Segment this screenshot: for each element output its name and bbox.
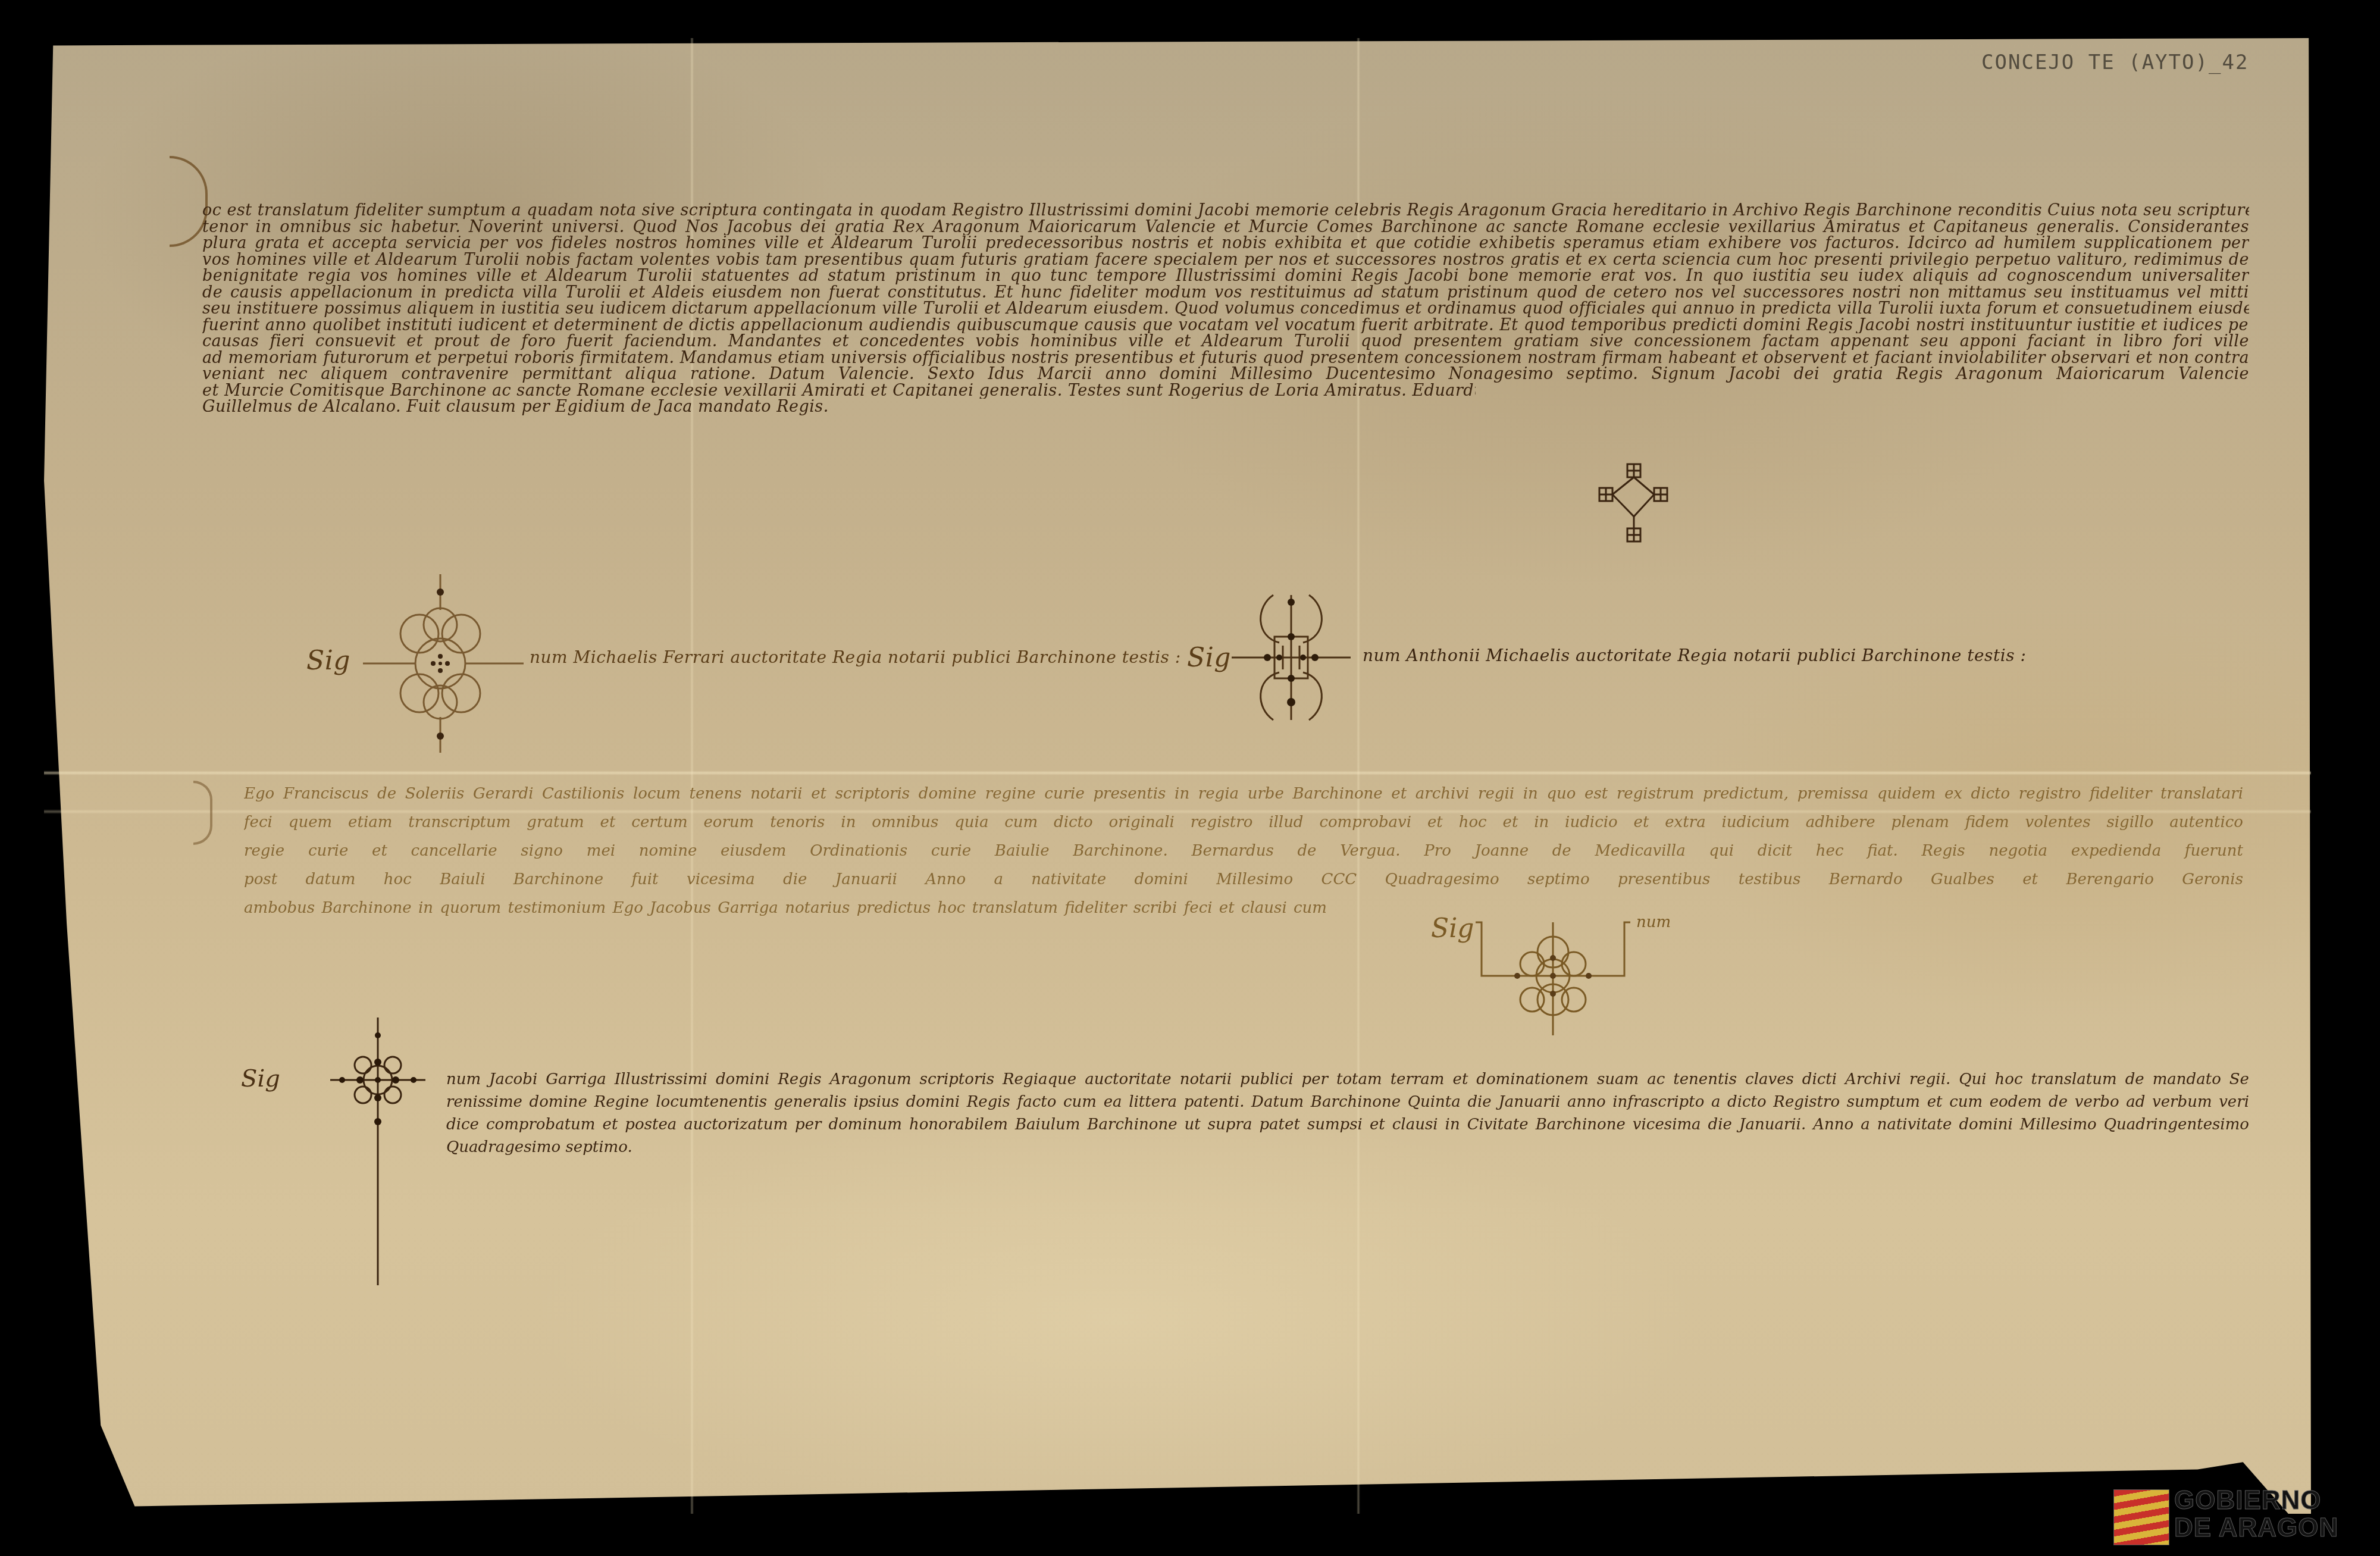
decorated-initial-ego	[193, 781, 212, 845]
text-line: post datum hoc Baiuli Barchinone fuit vi…	[244, 865, 2243, 894]
text-line: vos homines ville et Aldearum Turolii no…	[202, 252, 2249, 268]
notary-2-signum-prefix: Sig	[1431, 913, 1474, 944]
notary-subscription-1: Sig	[306, 646, 350, 676]
notary-signum-2-icon	[1232, 571, 1351, 744]
notary-certification-text-2: Ego Franciscus de Soleriis Gerardi Casti…	[244, 779, 2243, 922]
notary-signum-1-icon	[351, 568, 530, 759]
text-line: regie curie et cancellarie signo mei nom…	[244, 837, 2243, 865]
text-line: seu instituere possimus aliquem in iusti…	[202, 300, 2249, 317]
notary-subscription-2: Sig	[1187, 643, 1231, 673]
logo-line-2: DE ARAGON	[2174, 1514, 2338, 1542]
royal-signum-icon	[1595, 463, 1672, 546]
aragon-flag-icon	[2113, 1489, 2169, 1545]
text-line: Quadragesimo septimo.	[446, 1136, 2249, 1159]
text-line: tenor in omnibus sic habetur. Noverint u…	[202, 219, 2249, 236]
text-line: num Jacobi Garriga Illustrissimi domini …	[446, 1068, 2249, 1091]
signum-prefix: Sig	[306, 646, 350, 676]
text-line: feci quem etiam transcriptum gratum et c…	[244, 808, 2243, 837]
notary-signum-3-icon	[1476, 910, 1630, 1053]
signum-prefix: Sig	[1187, 643, 1231, 673]
text-line: dice comprobatum et postea auctorizatum …	[446, 1113, 2249, 1136]
text-line: veniant nec aliquem contravenire permitt…	[202, 366, 2249, 383]
main-charter-text: oc est translatum fideliter sumptum a qu…	[202, 202, 2249, 415]
notary-signum-4-icon	[330, 1012, 425, 1285]
logo-line-1: GOBIERNO	[2174, 1487, 2338, 1514]
text-line: et Murcie Comitisque Barchinone ac sanct…	[202, 383, 1476, 399]
text-line: ad memoriam futurorum et perpetui robori…	[202, 350, 2249, 367]
text-line: Ego Franciscus de Soleriis Gerardi Casti…	[244, 779, 2243, 808]
text-line: ambobus Barchinone in quorum testimonium…	[244, 894, 1327, 922]
text-line: Guillelmus de Alcalano. Fuit clausum per…	[202, 399, 2249, 415]
fold-line	[44, 771, 2311, 775]
archive-reference-label: CONCEJO TE (AYTO)_42	[1981, 51, 2249, 74]
text-line: renissime domine Regine locumtenentis ge…	[446, 1091, 2249, 1113]
notary-certification-text-3: num Jacobi Garriga Illustrissimi domini …	[446, 1068, 2249, 1159]
text-line: de causis appellacionum in predicta vill…	[202, 284, 2249, 301]
text-line: causas fieri consuevit et prout de foro …	[202, 333, 2249, 350]
notary-2-signum-suffix: num	[1636, 913, 1671, 931]
text-line: fuerint anno quolibet instituti iudicent…	[202, 317, 2249, 334]
text-line: benignitate regia vos homines ville et A…	[202, 268, 2249, 284]
notary-subscription-1-text: num Michaelis Ferrari auctoritate Regia …	[530, 647, 1181, 667]
text-line: plura grata et accepta servicia per vos …	[202, 235, 2249, 252]
notary-subscription-2-text: num Anthonii Michaelis auctoritate Regia…	[1363, 646, 2026, 665]
gobierno-de-aragon-logo: GOBIERNO DE ARAGON	[2113, 1489, 2375, 1549]
notary-3-signum-prefix: Sig	[241, 1065, 280, 1092]
text-line: oc est translatum fideliter sumptum a qu…	[202, 202, 2249, 219]
